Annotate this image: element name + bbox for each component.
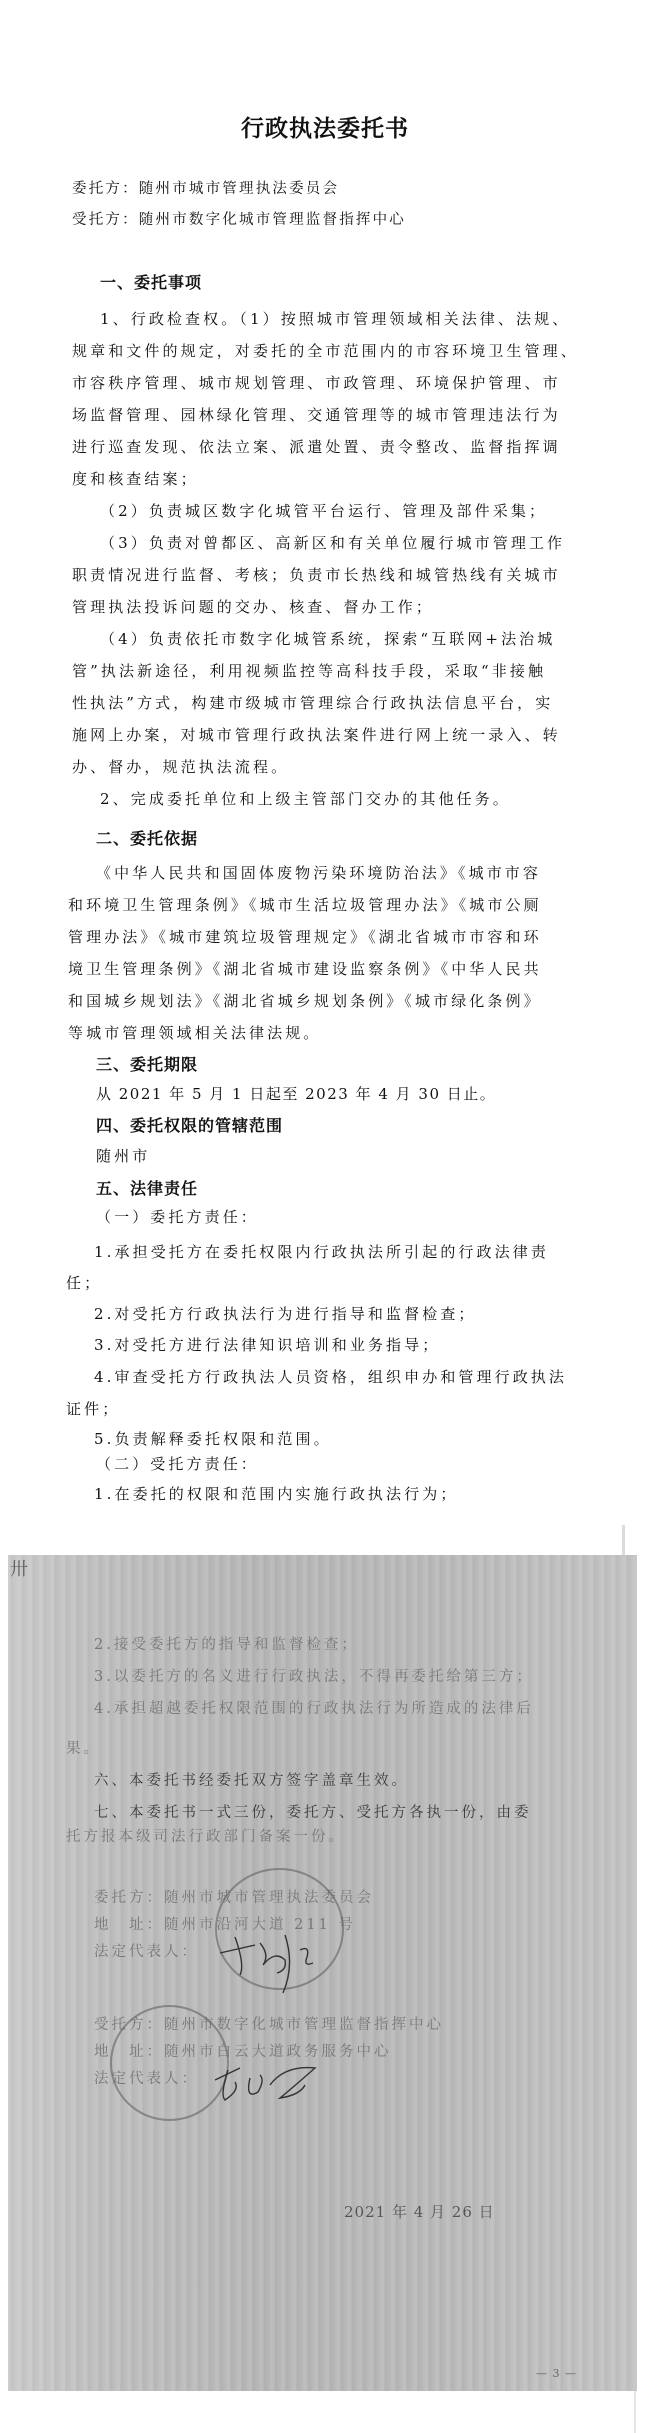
section-2-line: 境卫生管理条例》《湖北省城市建设监察条例》《中华人民共 (68, 958, 542, 979)
delegation-period: 从 2021 年 5 月 1 日起至 2023 年 4 月 30 日止。 (96, 1083, 496, 1104)
agent-duties-heading: （二）受托方责任： (96, 1453, 259, 1474)
section-1-line: 场监督管理、园林绿化管理、交通管理等的城市管理违法行为 (72, 404, 561, 425)
section-1-heading: 一、委托事项 (100, 270, 202, 293)
principal-duties-heading: （一）委托方责任： (96, 1206, 259, 1227)
section-1-line: 管”执法新途径，利用视频监控等高科技手段，采取“非接触 (72, 660, 546, 681)
handwritten-signature-icon (215, 1925, 335, 1995)
agent-duty-line: 4.承担超越委托权限范围的行政执法行为所造成的法律后 (94, 1697, 534, 1718)
section-2-line: 等城市管理领域相关法律法规。 (68, 1022, 321, 1043)
section-1-line: 规章和文件的规定，对委托的全市范围内的市容环境卫生管理、 (72, 340, 579, 361)
principal-duty-line: 3.对受托方进行法律知识培训和业务指导； (94, 1334, 440, 1355)
section-2-heading: 二、委托依据 (96, 826, 198, 849)
section-1-line: 办、督办，规范执法流程。 (72, 756, 289, 777)
section-1-line: 度和核查结案； (72, 468, 199, 489)
scan-edge-line (622, 1525, 625, 1555)
section-1-line: 施网上办案，对城市管理行政执法案件进行网上统一录入、转 (72, 724, 561, 745)
agent-duty-line: 果。 (66, 1737, 101, 1758)
section-1-line: 进行巡查发现、依法立案、派遣处置、责令整改、监督指挥调 (72, 436, 561, 457)
section-2-line: 管理办法》《城市建筑垃圾管理规定》《湖北省城市市容和环 (68, 926, 542, 947)
section-7-line: 托方报本级司法行政部门备案一份。 (66, 1825, 346, 1846)
section-1-line: 2、完成委托单位和上级主管部门交办的其他任务。 (100, 788, 511, 809)
section-1-line: 性执法”方式，构建市级城市管理综合行政执法信息平台，实 (72, 692, 553, 713)
section-1-line: （4）负责依托市数字化城管系统，探索“互联网+法治城 (100, 628, 555, 649)
handwritten-signature-icon (210, 2060, 330, 2110)
principal-duty-line: 5.负责解释委托权限和范围。 (94, 1428, 332, 1449)
section-1-line: 职责情况进行监督、考核；负责市长热线和城管热线有关城市 (72, 564, 561, 585)
margin-mark: 卅 (10, 1555, 28, 1581)
section-2-line: 和国城乡规划法》《湖北省城乡规划条例》《城市绿化条例》 (68, 990, 542, 1011)
section-4-heading: 四、委托权限的管辖范围 (96, 1113, 283, 1136)
signing-date: 2021 年 4 月 26 日 (344, 2201, 495, 2222)
agent-party: 受托方：随州市数字化城市管理监督指挥中心 (72, 208, 406, 229)
section-1-line: （2）负责城区数字化城管平台运行、管理及部件采集； (100, 500, 547, 521)
agent-duty-line: 3.以委托方的名义进行行政执法，不得再委托给第三方； (94, 1665, 534, 1686)
principal-duty-line: 2.对受托方行政执法行为进行指导和监督检查； (94, 1303, 477, 1324)
scan-edge-line (634, 2391, 636, 2433)
principal-duty-line: 4.审查受托方行政执法人员资格，组织申办和管理行政执法 (94, 1366, 567, 1387)
section-2-line: 《中华人民共和国固体废物污染环境防治法》《城市市容 (96, 862, 541, 883)
document-title: 行政执法委托书 (0, 110, 650, 143)
section-1-line: 1、行政检查权。（1）按照城市管理领域相关法律、法规、 (100, 308, 570, 329)
principal-duty-line: 任； (66, 1272, 102, 1293)
principal-duty-line: 证件； (66, 1398, 120, 1419)
section-3-heading: 三、委托期限 (96, 1052, 198, 1075)
jurisdiction: 随州市 (96, 1145, 150, 1166)
section-7-line: 七、本委托书一式三份，委托方、受托方各执一份，由委 (94, 1801, 532, 1822)
section-1-line: 市容秩序管理、城市规划管理、市政管理、环境保护管理、市 (72, 372, 561, 393)
section-1-line: （3）负责对曾都区、高新区和有关单位履行城市管理工作 (100, 532, 565, 553)
section-1-line: 管理执法投诉问题的交办、核查、督办工作； (72, 596, 434, 617)
section-2-line: 和环境卫生管理条例》《城市生活垃圾管理办法》《城市公厕 (68, 894, 542, 915)
agent-duty-line: 1.在委托的权限和范围内实施行政执法行为； (94, 1483, 458, 1504)
principal-party: 委托方：随州市城市管理执法委员会 (72, 177, 339, 198)
signature-principal-representative: 法定代表人： (94, 1940, 199, 1961)
section-5-heading: 五、法律责任 (96, 1176, 198, 1199)
agent-duty-line: 2.接受委托方的指导和监督检查； (94, 1633, 359, 1654)
page-number: — 3 — (536, 2367, 577, 2380)
section-6: 六、本委托书经委托双方签字盖章生效。 (94, 1769, 409, 1790)
principal-duty-line: 1.承担受托方在委托权限内行政执法所引起的行政法律责 (94, 1241, 549, 1262)
